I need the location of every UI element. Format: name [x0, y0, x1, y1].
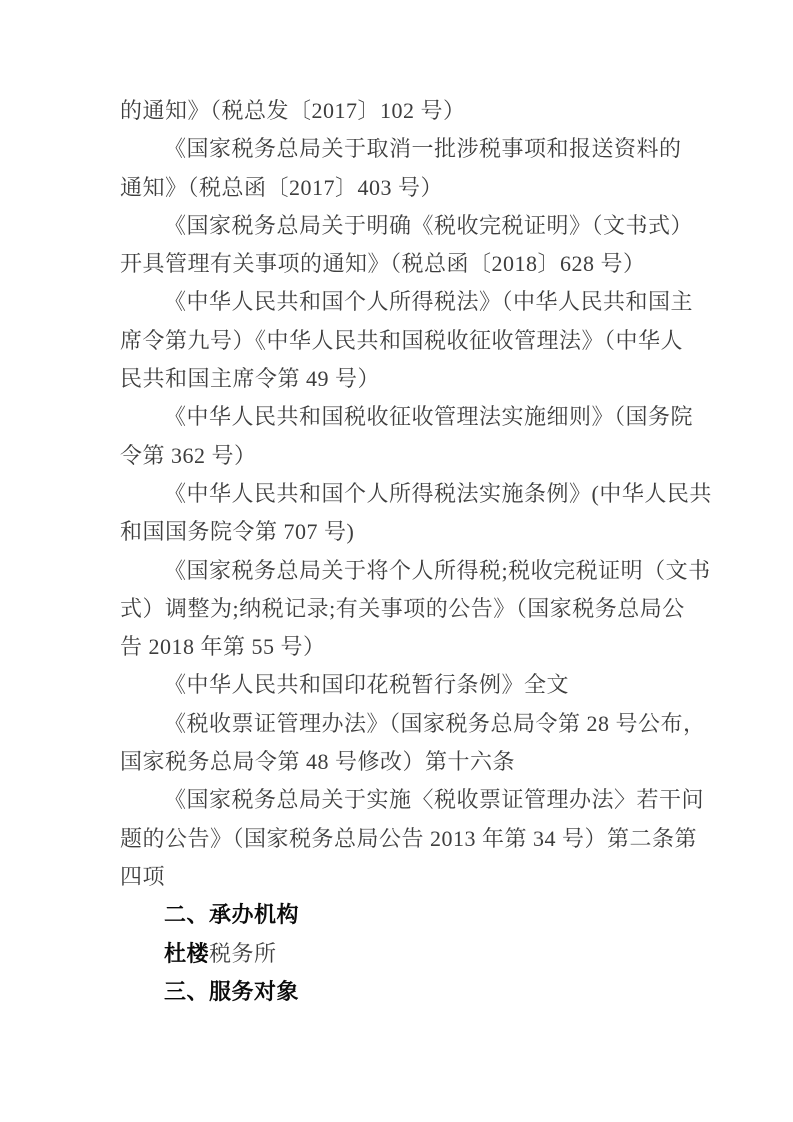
body-text-run: 告 2018 年第 55 号）	[120, 634, 326, 659]
body-text-run: 《中华人民共和国税收征收管理法实施细则》（国务院	[164, 404, 693, 429]
body-text-run: 题的公告》（国家税务总局公告 2013 年第 34 号）第二条第	[120, 826, 697, 851]
text-line: 《中华人民共和国税收征收管理法实施细则》（国务院	[120, 398, 673, 436]
body-text-run: 《中华人民共和国个人所得税法实施条例》(中华人民共	[164, 481, 712, 506]
body-text-run: 式）调整为;纳税记录;有关事项的公告》（国家税务总局公	[120, 596, 685, 621]
body-text-run: 《国家税务总局关于取消一批涉税事项和报送资料的	[164, 136, 682, 161]
body-text-run: 《国家税务总局关于明确《税收完税证明》（文书式）	[164, 213, 693, 238]
bold-text-run: 三、服务对象	[164, 979, 299, 1004]
body-text-run: 《国家税务总局关于实施〈税收票证管理办法〉若干问	[164, 787, 704, 812]
body-text-run: 税务所	[209, 941, 277, 966]
text-line: 席令第九号）《中华人民共和国税收征收管理法》（中华人	[120, 322, 673, 360]
text-line: 《国家税务总局关于实施〈税收票证管理办法〉若干问	[120, 781, 673, 819]
text-line: 民共和国主席令第 49 号）	[120, 360, 673, 398]
body-text-run: 国家税务总局令第 48 号修改）第十六条	[120, 749, 515, 774]
section-heading: 三、服务对象	[120, 973, 673, 1011]
text-line: 的通知》（税总发〔2017〕102 号）	[120, 92, 673, 130]
body-text-run: 《税收票证管理办法》（国家税务总局令第 28 号公布，	[164, 711, 706, 736]
text-line: 告 2018 年第 55 号）	[120, 628, 673, 666]
body-text-run: 通知》（税总函〔2017〕403 号）	[120, 175, 443, 200]
text-line: 《国家税务总局关于将个人所得税;税收完税证明（文书	[120, 552, 673, 590]
text-line: 式）调整为;纳税记录;有关事项的公告》（国家税务总局公	[120, 590, 673, 628]
text-line: 开具管理有关事项的通知》（税总函〔2018〕628 号）	[120, 245, 673, 283]
body-text-run: 四项	[120, 864, 165, 889]
text-line: 四项	[120, 858, 673, 896]
body-text-run: 和国国务院令第 707 号)	[120, 519, 354, 544]
text-line: 国家税务总局令第 48 号修改）第十六条	[120, 743, 673, 781]
text-line: 《中华人民共和国个人所得税法》（中华人民共和国主	[120, 283, 673, 321]
text-line: 《中华人民共和国个人所得税法实施条例》(中华人民共	[120, 475, 673, 513]
body-text-run: 《国家税务总局关于将个人所得税;税收完税证明（文书	[164, 558, 711, 583]
text-line: 和国国务院令第 707 号)	[120, 513, 673, 551]
document-page: 的通知》（税总发〔2017〕102 号）《国家税务总局关于取消一批涉税事项和报送…	[0, 0, 793, 1122]
text-line: 令第 362 号）	[120, 437, 673, 475]
bold-text-run: 二、承办机构	[164, 902, 299, 927]
body-text-run: 席令第九号）《中华人民共和国税收征收管理法》（中华人	[120, 328, 683, 353]
body-text-run: 民共和国主席令第 49 号）	[120, 366, 380, 391]
text-line: 《国家税务总局关于取消一批涉税事项和报送资料的	[120, 130, 673, 168]
body-text-run: 开具管理有关事项的通知》（税总函〔2018〕628 号）	[120, 251, 646, 276]
body-text-run: 《中华人民共和国个人所得税法》（中华人民共和国主	[164, 289, 693, 314]
text-line: 杜楼税务所	[120, 935, 673, 973]
document-text-block: 的通知》（税总发〔2017〕102 号）《国家税务总局关于取消一批涉税事项和报送…	[120, 92, 673, 1011]
text-line: 《税收票证管理办法》（国家税务总局令第 28 号公布，	[120, 705, 673, 743]
text-line: 《中华人民共和国印花税暂行条例》全文	[120, 666, 673, 704]
text-line: 题的公告》（国家税务总局公告 2013 年第 34 号）第二条第	[120, 820, 673, 858]
text-line: 通知》（税总函〔2017〕403 号）	[120, 169, 673, 207]
body-text-run: 《中华人民共和国印花税暂行条例》全文	[164, 672, 569, 697]
bold-text-run: 杜楼	[164, 941, 209, 966]
body-text-run: 的通知》（税总发〔2017〕102 号）	[120, 98, 466, 123]
text-line: 《国家税务总局关于明确《税收完税证明》（文书式）	[120, 207, 673, 245]
body-text-run: 令第 362 号）	[120, 443, 257, 468]
section-heading: 二、承办机构	[120, 896, 673, 934]
